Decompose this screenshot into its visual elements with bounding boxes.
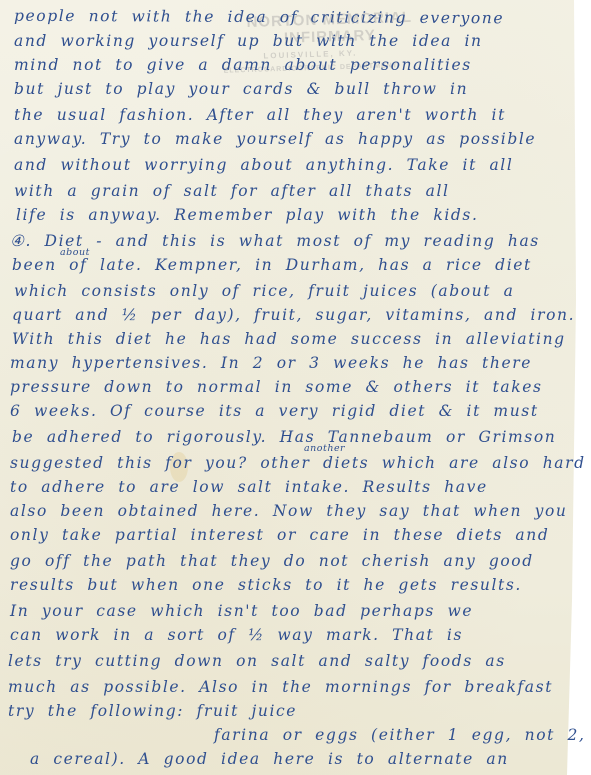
inserted-word-about: about xyxy=(60,248,90,258)
letter-line-1: people not with the idea of criticizing … xyxy=(14,9,504,27)
letter-line-19-text: suggested this for you? other diets whic… xyxy=(10,454,586,472)
letter-line-23: go off the path that they do not cherish… xyxy=(10,554,534,570)
letter-line-9: life is anyway. Remember play with the k… xyxy=(16,208,479,224)
letter-line-19: another suggested this for you? other di… xyxy=(10,456,586,472)
letter-line-2: and working yourself up but with the ide… xyxy=(14,34,483,50)
letter-line-17: 6 weeks. Of course its a very rigid diet… xyxy=(10,404,539,420)
letter-line-12: which consists only of rice, fruit juice… xyxy=(14,284,514,300)
handwritten-letter-body: people not with the idea of criticizing … xyxy=(0,0,591,775)
letter-line-27: lets try cutting down on salt and salty … xyxy=(8,654,506,670)
letter-line-30: farina or eggs (either 1 egg, not 2, or xyxy=(214,728,591,744)
letter-line-3: mind not to give a damn about personalit… xyxy=(14,58,472,74)
letter-line-7: and without worrying about anything. Tak… xyxy=(14,158,513,174)
letter-line-8: with a grain of salt for after all thats… xyxy=(14,184,450,200)
letter-line-20: to adhere to are low salt intake. Result… xyxy=(10,480,488,496)
letter-line-29: try the following: fruit juice xyxy=(8,704,297,720)
letter-line-28: much as possible. Also in the mornings f… xyxy=(8,680,553,696)
letter-line-16: pressure down to normal in some & others… xyxy=(10,380,543,396)
letter-line-6: anyway. Try to make yourself as happy as… xyxy=(14,132,536,148)
letter-line-4: but just to play your cards & bull throw… xyxy=(14,82,468,98)
letter-line-31: a cereal). A good idea here is to altern… xyxy=(30,752,509,768)
letter-line-14: With this diet he has had some success i… xyxy=(12,332,566,348)
letter-line-21: also been obtained here. Now they say th… xyxy=(10,504,568,520)
letter-line-11-text: been of late. Kempner, in Durham, has a … xyxy=(12,256,532,274)
letter-line-26: can work in a sort of ½ way mark. That i… xyxy=(10,628,463,644)
letter-line-15: many hypertensives. In 2 or 3 weeks he h… xyxy=(10,356,532,372)
letter-line-11: about been of late. Kempner, in Durham, … xyxy=(12,258,532,274)
letter-line-5: the usual fashion. After all they aren't… xyxy=(14,108,506,124)
letter-line-24: results but when one sticks to it he get… xyxy=(10,578,522,594)
letter-line-22: only take partial interest or care in th… xyxy=(10,528,549,544)
inserted-word-another: another xyxy=(304,444,345,454)
letter-line-25: In your case which isn't too bad perhaps… xyxy=(10,604,473,620)
letter-line-13: quart and ½ per day), fruit, sugar, vita… xyxy=(12,308,575,324)
letter-line-18: be adhered to rigorously. Has Tannebaum … xyxy=(12,430,556,446)
